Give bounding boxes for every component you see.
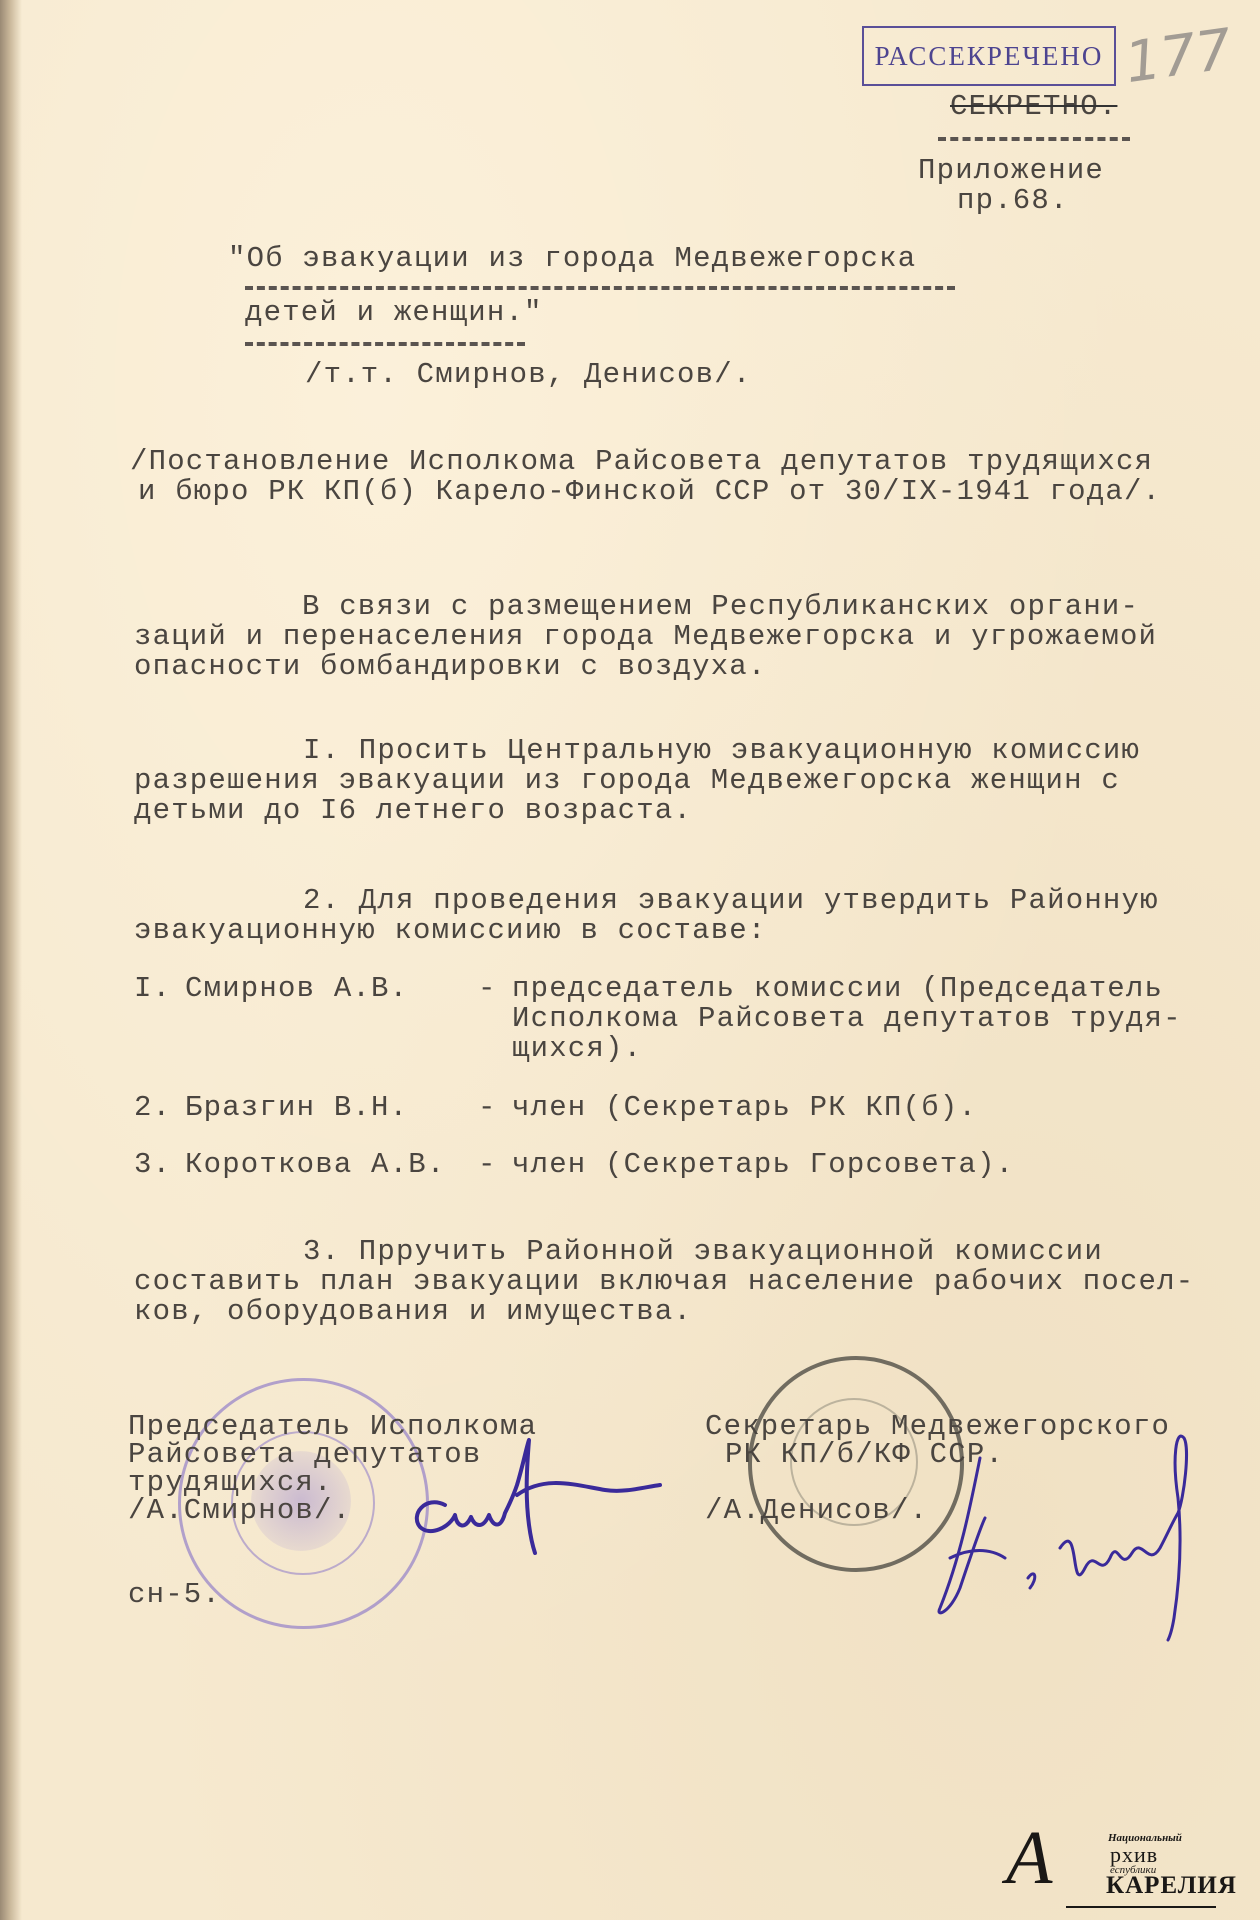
member-2-dash: - [478, 1093, 497, 1123]
resolution-ref-line1: /Постановление Исполкома Райсовета депут… [130, 447, 1153, 477]
item3-line3: ков, оборудования и имущества. [134, 1297, 692, 1327]
member-2-name: Бразгин В.Н. [185, 1093, 408, 1123]
member-3-num: 3. [134, 1150, 171, 1180]
right-sig-name: /А.Денисов/. [705, 1496, 928, 1526]
member-3-dash: - [478, 1150, 497, 1180]
item2-line1: 2. Для проведения эвакуации утвердить Ра… [303, 886, 1159, 916]
declassified-stamp: РАССЕКРЕЧЕНО [862, 26, 1116, 86]
secret-mark-struck: СЕКРЕТНО. [950, 92, 1117, 122]
title-underline-2 [245, 342, 525, 346]
member-3-name: Короткова А.В. [185, 1150, 445, 1180]
member-3-role: член (Секретарь Горсовета). [512, 1150, 1014, 1180]
document-code: сн-5. [128, 1580, 221, 1610]
denisov-signature [910, 1408, 1240, 1648]
page-binding-shadow [0, 0, 22, 1920]
pencil-page-number: 177 [1121, 17, 1236, 96]
member-1-role-line3: щихся). [512, 1034, 642, 1064]
item3-line2: составить план эвакуации включая населен… [134, 1267, 1194, 1297]
item1-line2: разрешения эвакуации из города Медвежего… [134, 766, 1120, 796]
declassified-stamp-text: РАССЕКРЕЧЕНО [875, 41, 1104, 72]
secret-underline [938, 137, 1130, 141]
national-archive-karelia-logo: А Национальный рхив еспублики КАРЕЛИЯ [1000, 1820, 1250, 1915]
member-2-num: 2. [134, 1093, 171, 1123]
member-1-num: I. [134, 974, 171, 1004]
smirnov-signature [405, 1435, 665, 1555]
member-1-name: Смирнов А.В. [185, 974, 408, 1004]
doc-title-line2: детей и женщин." [245, 298, 543, 328]
item1-line3: детьми до I6 летнего возраста. [134, 796, 692, 826]
member-1-dash: - [478, 974, 497, 1004]
logo-quill-rule [1066, 1906, 1216, 1908]
preamble-line1: В связи с размещением Республиканских ор… [302, 592, 1139, 622]
item3-line1: 3. Прручить Районной эвакуационной комис… [303, 1237, 1103, 1267]
member-1-role-line1: председатель комиссии (Председатель [512, 974, 1163, 1004]
title-underline-1 [245, 286, 955, 290]
preamble-line2: заций и перенаселения города Медвежегорс… [134, 622, 1157, 652]
doc-speakers: /т.т. Смирнов, Денисов/. [305, 360, 751, 390]
preamble-line3: опасности бомбандировки с воздуха. [134, 652, 767, 682]
logo-big-letter: А [1006, 1820, 1052, 1896]
item1-line1: I. Просить Центральную эвакуационную ком… [303, 736, 1140, 766]
doc-title-line1: "Об эвакуации из города Медвежегорска [228, 244, 916, 274]
resolution-ref-line2: и бюро РК КП(б) Карело-Финской ССР от 30… [138, 477, 1161, 507]
appendix-label: Приложение [918, 156, 1104, 186]
item2-line2: эвакуационную комиссиию в составе: [134, 916, 767, 946]
appendix-number: пр.68. [957, 186, 1069, 216]
member-1-role-line2: Исполкома Райсовета депутатов трудя- [512, 1004, 1182, 1034]
logo-line4: КАРЕЛИЯ [1106, 1872, 1237, 1900]
member-2-role: член (Секретарь РК КП(б). [512, 1093, 977, 1123]
left-sig-name: /А.Смирнов/. [128, 1496, 351, 1526]
